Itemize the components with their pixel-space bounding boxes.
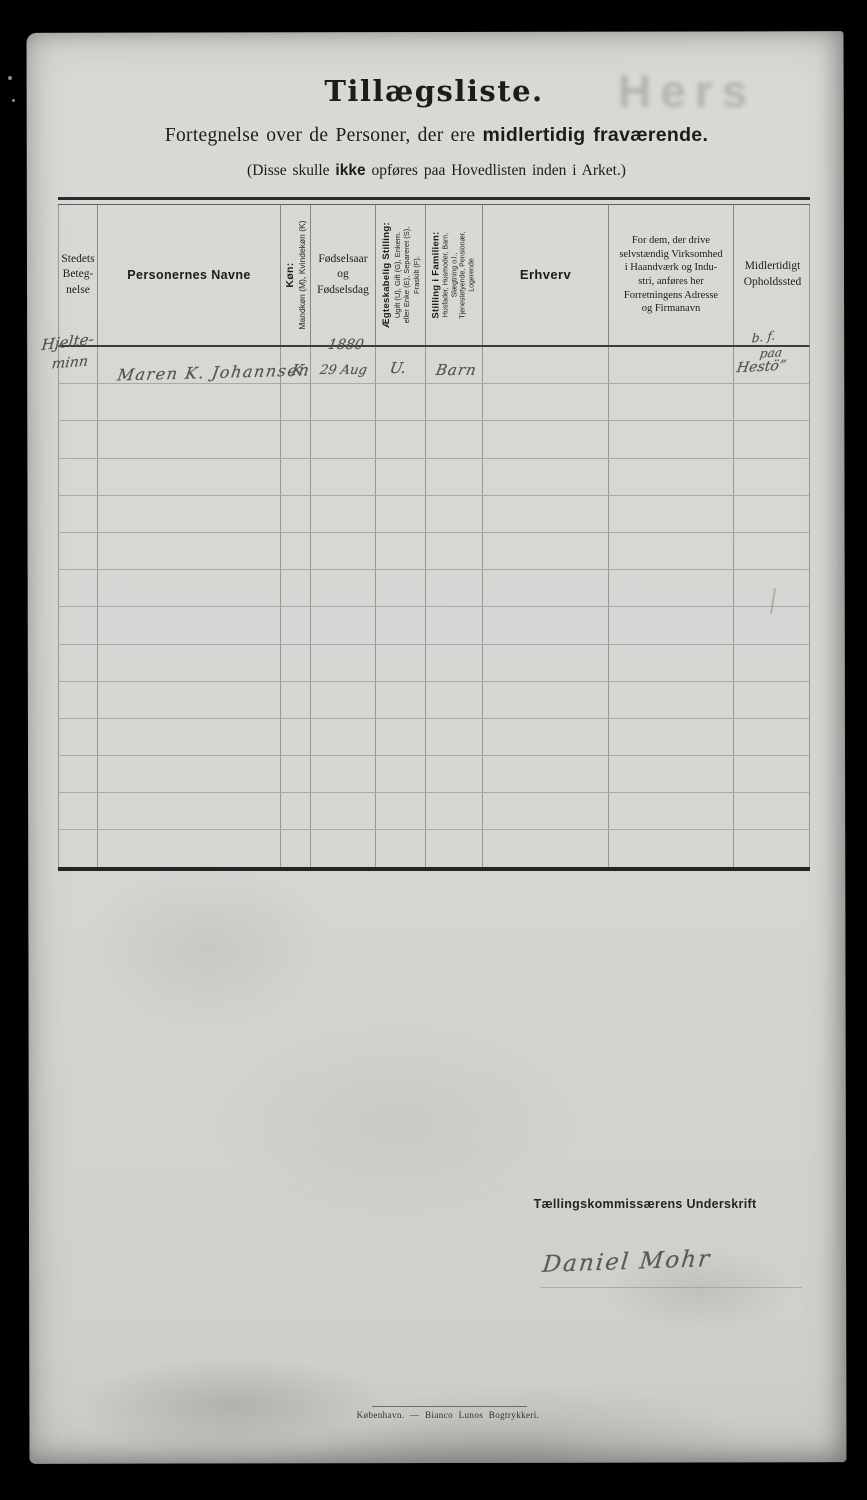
table-cell bbox=[59, 682, 98, 718]
table-cell bbox=[311, 645, 376, 681]
table-cell bbox=[376, 607, 426, 643]
table-row bbox=[59, 756, 809, 793]
table-cell bbox=[98, 421, 281, 457]
table-cell bbox=[281, 459, 311, 495]
table-cell bbox=[281, 719, 311, 755]
census-table: Stedets Beteg- nelse Personernes Navne K… bbox=[58, 197, 810, 871]
table-cell bbox=[734, 645, 811, 681]
table-cell bbox=[281, 384, 311, 420]
table-cell bbox=[483, 756, 609, 792]
header-line: og Firmanavn bbox=[619, 302, 722, 316]
table-cell bbox=[609, 459, 734, 495]
table-cell bbox=[59, 421, 98, 457]
note-suffix: opføres paa Hovedlisten inden i Arket.) bbox=[366, 162, 626, 179]
table-header-row: Stedets Beteg- nelse Personernes Navne K… bbox=[58, 205, 810, 347]
table-cell bbox=[376, 830, 426, 866]
table-row bbox=[59, 570, 809, 607]
table-cell bbox=[311, 570, 376, 606]
vertical-header: Stilling i Familien: Husfader, Husmoder,… bbox=[431, 211, 478, 339]
table-row bbox=[59, 793, 809, 830]
header-line: selvstændig Virksomhed bbox=[619, 248, 722, 262]
table-cell bbox=[59, 459, 98, 495]
table-row bbox=[59, 384, 809, 421]
page-subtitle: Fortegnelse over de Personer, der ere mi… bbox=[28, 124, 845, 147]
header-line: Beteg- bbox=[61, 267, 94, 283]
table-cell bbox=[609, 756, 734, 792]
table-bottom-rule bbox=[58, 867, 810, 871]
table-cell bbox=[609, 347, 734, 383]
table-cell bbox=[311, 496, 376, 532]
table-cell bbox=[98, 756, 281, 792]
table-cell bbox=[311, 421, 376, 457]
table-cell bbox=[98, 830, 281, 866]
table-cell bbox=[483, 682, 609, 718]
header-line: nelse bbox=[61, 283, 94, 299]
col-header-kon: Køn: Mandkøn (M), Kvindekøn (K) bbox=[281, 205, 311, 345]
table-cell bbox=[426, 421, 483, 457]
table-cell bbox=[734, 459, 811, 495]
table-cell bbox=[59, 533, 98, 569]
table-cell bbox=[281, 645, 311, 681]
signature-label: Tællingskommissærens Underskrift bbox=[445, 1197, 845, 1211]
table-cell bbox=[376, 756, 426, 792]
table-cell bbox=[98, 384, 281, 420]
table-cell bbox=[59, 830, 98, 866]
signature-line bbox=[540, 1287, 802, 1288]
table-row bbox=[59, 645, 809, 682]
table-cell bbox=[426, 682, 483, 718]
table-cell bbox=[281, 682, 311, 718]
table-cell bbox=[311, 682, 376, 718]
table-cell bbox=[281, 421, 311, 457]
table-row bbox=[59, 421, 809, 458]
table-cell bbox=[311, 830, 376, 866]
header-line: og bbox=[317, 267, 369, 283]
table-cell bbox=[98, 570, 281, 606]
table-cell bbox=[311, 719, 376, 755]
table-cell bbox=[483, 793, 609, 829]
col-header-sted: Stedets Beteg- nelse bbox=[59, 205, 98, 345]
table-cell bbox=[483, 645, 609, 681]
col-header-fodsel: Fødselsaar og Fødselsdag bbox=[311, 205, 376, 345]
table-cell bbox=[59, 719, 98, 755]
handwriting-marital-status: U. bbox=[388, 359, 407, 377]
table-cell bbox=[734, 570, 811, 606]
table-cell bbox=[281, 533, 311, 569]
table-cell bbox=[59, 384, 98, 420]
table-cell bbox=[734, 533, 811, 569]
printer-imprint: København. — Bianco Lunos Bogtrykkeri. bbox=[248, 1410, 648, 1420]
table-cell bbox=[426, 570, 483, 606]
table-body bbox=[58, 347, 810, 867]
table-cell bbox=[281, 496, 311, 532]
handwriting-stay-line3: Hestö” bbox=[735, 358, 787, 377]
col-header-ophold: Midlertidigt Opholdssted bbox=[734, 205, 811, 345]
table-cell bbox=[483, 570, 609, 606]
vertical-header: Køn: Mandkøn (M), Kvindekøn (K) bbox=[284, 210, 308, 340]
table-cell bbox=[98, 793, 281, 829]
handwriting-birth-year: 1880 bbox=[327, 337, 365, 353]
table-row bbox=[59, 496, 809, 533]
table-cell bbox=[609, 421, 734, 457]
table-cell bbox=[376, 645, 426, 681]
table-cell bbox=[98, 607, 281, 643]
table-cell bbox=[426, 756, 483, 792]
page-note: (Disse skulle ikke opføres paa Hovedlist… bbox=[28, 162, 845, 180]
table-cell bbox=[59, 645, 98, 681]
table-cell bbox=[281, 607, 311, 643]
table-cell bbox=[281, 830, 311, 866]
table-cell bbox=[609, 384, 734, 420]
table-cell bbox=[734, 682, 811, 718]
table-row bbox=[59, 682, 809, 719]
table-row bbox=[59, 830, 809, 866]
table-cell bbox=[426, 645, 483, 681]
header-line: stri, anføres her bbox=[619, 275, 722, 289]
table-cell bbox=[98, 459, 281, 495]
table-row bbox=[59, 607, 809, 644]
table-cell bbox=[376, 421, 426, 457]
table-cell bbox=[483, 459, 609, 495]
table-cell bbox=[376, 496, 426, 532]
table-cell bbox=[98, 682, 281, 718]
table-cell bbox=[59, 607, 98, 643]
table-cell bbox=[376, 570, 426, 606]
page-title: Tillægsliste. bbox=[58, 74, 810, 108]
table-cell bbox=[426, 719, 483, 755]
table-cell bbox=[311, 607, 376, 643]
table-cell bbox=[311, 459, 376, 495]
handwriting-birth-date: 29 Aug bbox=[319, 363, 368, 378]
table-cell bbox=[609, 533, 734, 569]
table-cell bbox=[734, 421, 811, 457]
table-cell bbox=[483, 830, 609, 866]
table-cell bbox=[98, 496, 281, 532]
table-cell bbox=[376, 384, 426, 420]
table-cell bbox=[609, 830, 734, 866]
col-header-navne: Personernes Navne bbox=[98, 205, 281, 345]
table-cell bbox=[98, 719, 281, 755]
table-cell bbox=[281, 793, 311, 829]
table-cell bbox=[734, 607, 811, 643]
table-cell bbox=[609, 607, 734, 643]
header-line: i Haandværk og Indu- bbox=[619, 261, 722, 275]
table-cell bbox=[483, 384, 609, 420]
table-cell bbox=[734, 384, 811, 420]
table-cell bbox=[734, 793, 811, 829]
scan-dust-speck bbox=[12, 99, 15, 102]
table-row bbox=[59, 459, 809, 496]
table-cell bbox=[483, 719, 609, 755]
table-cell bbox=[59, 570, 98, 606]
handwriting-family-position: Barn bbox=[434, 361, 478, 379]
table-cell bbox=[609, 719, 734, 755]
table-cell bbox=[311, 533, 376, 569]
table-cell bbox=[483, 496, 609, 532]
imprint-divider bbox=[372, 1406, 527, 1407]
table-cell bbox=[483, 607, 609, 643]
table-cell bbox=[59, 756, 98, 792]
table-cell bbox=[281, 570, 311, 606]
table-cell bbox=[426, 533, 483, 569]
table-cell bbox=[59, 793, 98, 829]
table-cell bbox=[311, 793, 376, 829]
table-cell bbox=[98, 533, 281, 569]
table-cell bbox=[426, 496, 483, 532]
header-line: Opholdssted bbox=[744, 275, 802, 291]
table-cell bbox=[609, 682, 734, 718]
table-cell bbox=[376, 719, 426, 755]
header-line: Stedets bbox=[61, 252, 94, 268]
col-header-virksomhed: For dem, der drive selvstændig Virksomhe… bbox=[609, 205, 734, 345]
table-cell bbox=[426, 607, 483, 643]
table-cell bbox=[483, 347, 609, 383]
table-cell bbox=[609, 496, 734, 532]
table-cell bbox=[734, 830, 811, 866]
header-line: Fødselsdag bbox=[317, 283, 369, 299]
table-cell bbox=[734, 756, 811, 792]
table-cell bbox=[376, 793, 426, 829]
table-cell bbox=[426, 830, 483, 866]
table-cell bbox=[426, 793, 483, 829]
header-line: Fødselsaar bbox=[317, 252, 369, 268]
table-cell bbox=[311, 756, 376, 792]
header-line: Midlertidigt bbox=[744, 259, 802, 275]
table-cell bbox=[311, 384, 376, 420]
table-cell bbox=[483, 421, 609, 457]
table-cell bbox=[426, 384, 483, 420]
table-cell bbox=[376, 459, 426, 495]
table-cell bbox=[609, 793, 734, 829]
note-prefix: (Disse skulle bbox=[247, 162, 335, 179]
table-cell bbox=[98, 645, 281, 681]
table-cell bbox=[426, 459, 483, 495]
table-row bbox=[59, 719, 809, 756]
vertical-header: Ægteskabelig Stilling: Ugift (U), Gift (… bbox=[381, 211, 421, 339]
handwriting-place-line2: minn bbox=[51, 353, 89, 372]
col-header-aegteskab: Ægteskabelig Stilling: Ugift (U), Gift (… bbox=[376, 205, 426, 345]
table-cell bbox=[734, 496, 811, 532]
subtitle-bold: midlertidig fraværende. bbox=[483, 124, 709, 146]
note-bold: ikke bbox=[335, 162, 365, 179]
subtitle-prefix: Fortegnelse over de Personer, der ere bbox=[165, 125, 483, 146]
table-cell bbox=[59, 496, 98, 532]
table-cell bbox=[376, 682, 426, 718]
table-cell bbox=[281, 756, 311, 792]
scanned-census-sheet: Hers Tillægsliste. Fortegnelse over de P… bbox=[0, 0, 867, 1500]
table-cell bbox=[483, 533, 609, 569]
header-line: For dem, der drive bbox=[619, 234, 722, 248]
col-header-stilling: Stilling i Familien: Husfader, Husmoder,… bbox=[426, 205, 483, 345]
table-cell bbox=[609, 645, 734, 681]
header-line: Forretningens Adresse bbox=[619, 289, 722, 303]
table-row bbox=[59, 533, 809, 570]
col-header-erhverv: Erhverv bbox=[483, 205, 609, 345]
table-cell bbox=[376, 533, 426, 569]
table-cell bbox=[609, 570, 734, 606]
table-cell bbox=[734, 719, 811, 755]
scan-dust-speck bbox=[8, 76, 12, 80]
